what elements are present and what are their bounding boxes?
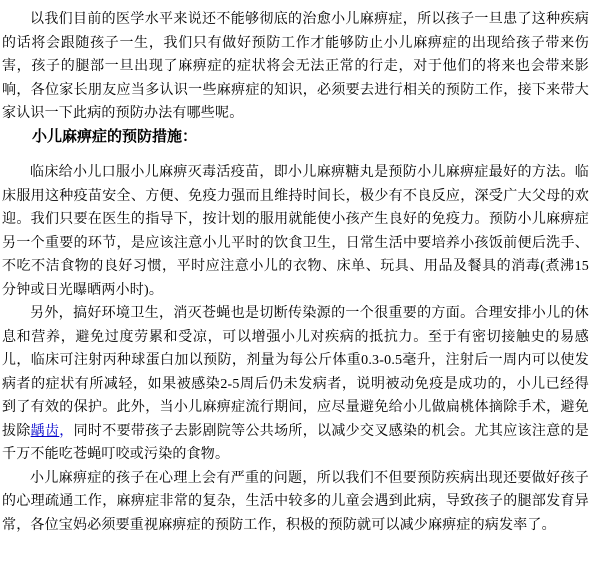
article-page: 以我们目前的医学水平来说还不能够彻底的治愈小儿麻痹症，所以孩子一旦患了这种疾病的… xyxy=(0,0,591,566)
paragraph-hygiene-text-before: 另外，搞好环境卫生，消灭苍蝇也是切断传染源的一个很重要的方面。合理安排小儿的休息… xyxy=(2,306,589,439)
paragraph-hygiene-text-after: 同时不要带孩子去影剧院等公共场所，以减少交叉感染的机会。尤其应该注意的是千万不能… xyxy=(2,424,589,463)
paragraph-psychology: 小儿麻痹症的孩子在心理上会有严重的问题，所以我们不但要预防疾病出现还要做好孩子的… xyxy=(2,467,589,538)
caries-keyword-link[interactable]: 龋齿 xyxy=(31,424,60,439)
paragraph-intro: 以我们目前的医学水平来说还不能够彻底的治愈小儿麻痹症，所以孩子一旦患了这种疾病的… xyxy=(2,8,589,126)
section-heading-prevention: 小儿麻痹症的预防措施： xyxy=(2,126,589,150)
caries-link-trailing-comma: ， xyxy=(59,424,73,439)
paragraph-vaccine: 临床给小儿口服小儿麻痹灭毒活疫苗，即小儿麻痹糖丸是预防小儿麻痹症最好的方法。临床… xyxy=(2,161,589,302)
paragraph-hygiene: 另外，搞好环境卫生，消灭苍蝇也是切断传染源的一个很重要的方面。合理安排小儿的休息… xyxy=(2,302,589,467)
